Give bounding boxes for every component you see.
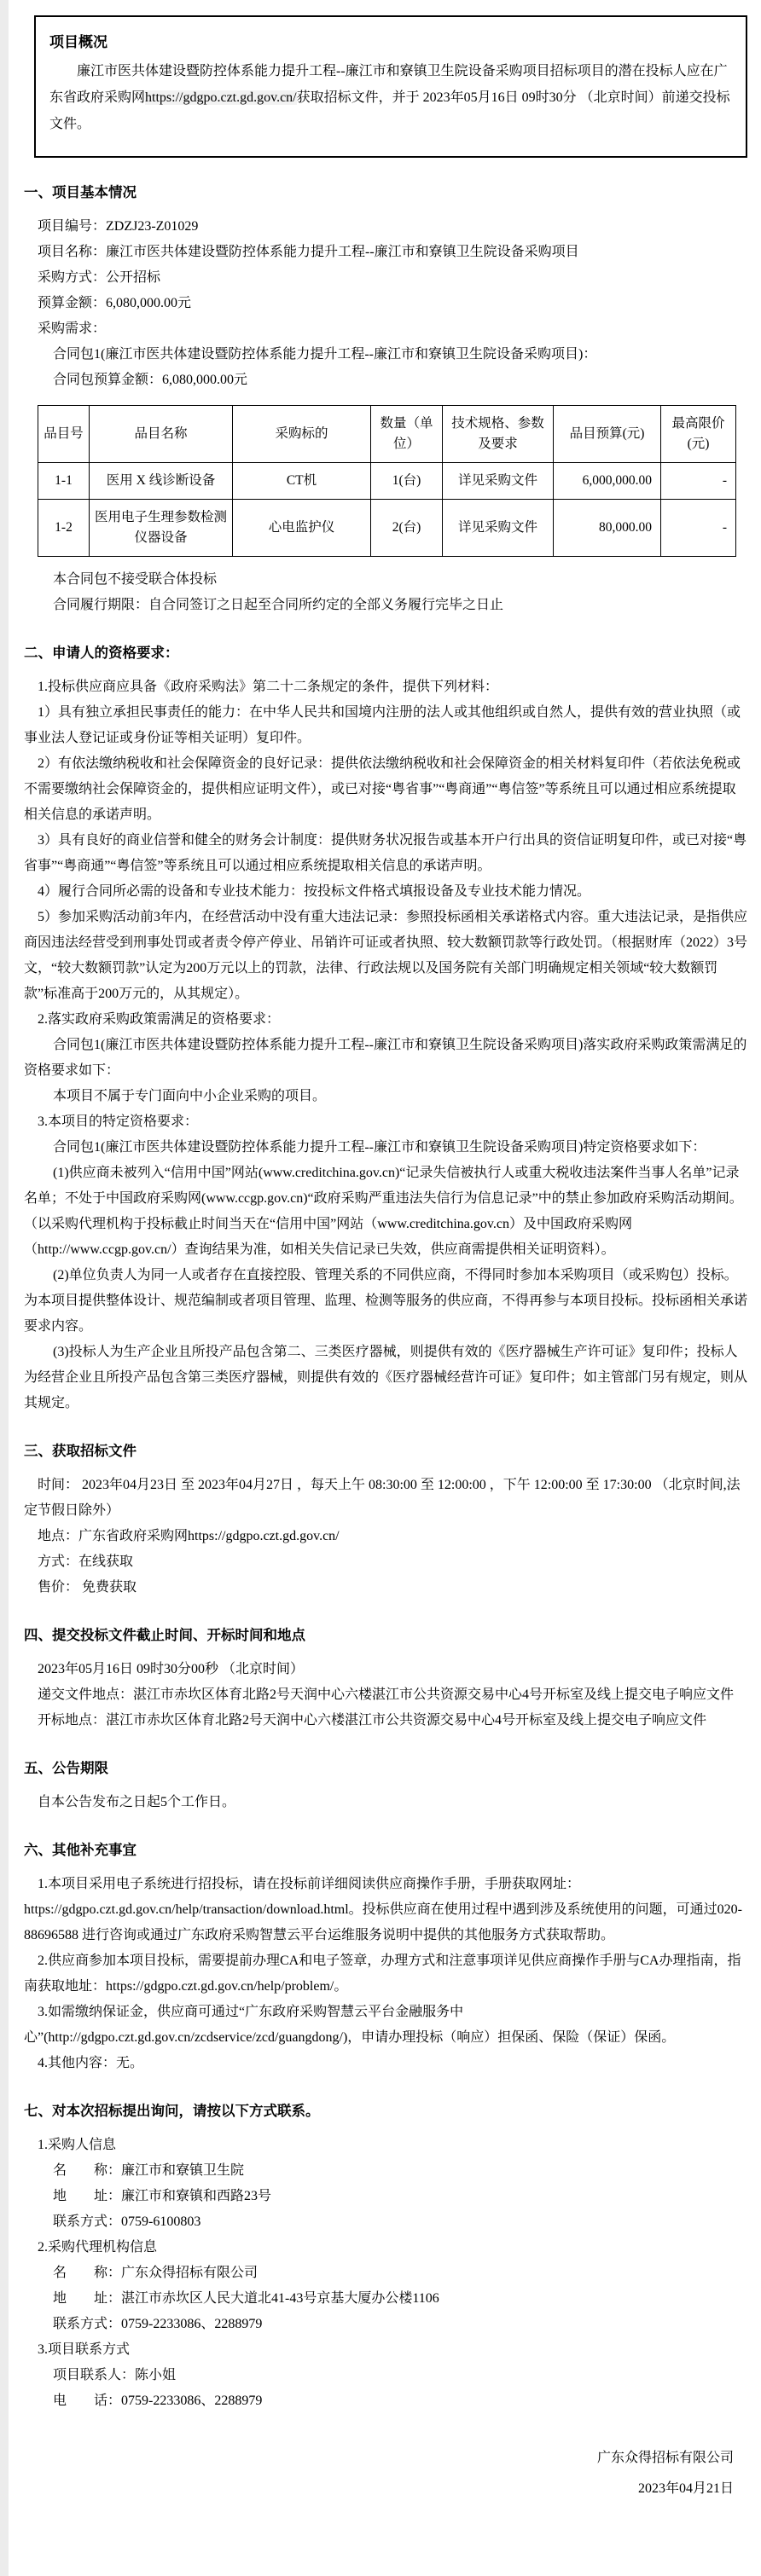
- signature-block: 广东众得招标有限公司 2023年04月21日: [24, 2443, 749, 2504]
- cell-tech-spec: 详见采购文件: [443, 463, 554, 500]
- cell-tech-spec: 详见采购文件: [443, 500, 554, 557]
- cell-price-cap: -: [661, 500, 736, 557]
- specific-requirement-title: 3.本项目的特定资格要求：: [24, 1109, 749, 1135]
- agency-name: 名 称：广东众得招标有限公司: [24, 2261, 749, 2286]
- cell-subject: 心电监护仪: [233, 500, 371, 557]
- policy-requirement-package: 合同包1(廉江市医共体建设暨防控体系能力提升工程--廉江市和寮镇卫生院设备采购项…: [24, 1033, 749, 1084]
- no-consortium-note: 本合同包不接受联合体投标: [24, 567, 749, 593]
- col-header-tech-spec: 技术规格、参数及要求: [443, 406, 554, 463]
- contract-performance-period: 合同履行期限：自合同签订之日起至合同所约定的全部义务履行完毕之日止: [24, 593, 749, 618]
- qualification-intro: 1.投标供应商应具备《政府采购法》第二十二条规定的条件，提供下列材料：: [24, 674, 749, 700]
- contract-package-title: 合同包1(廉江市医共体建设暨防控体系能力提升工程--廉江市和寮镇卫生院设备采购项…: [24, 342, 749, 368]
- agency-info-title: 2.采购代理机构信息: [24, 2235, 749, 2261]
- agency-contact: 联系方式：0759-2233086、2288979: [24, 2312, 749, 2337]
- purchaser-contact: 联系方式：0759-6100803: [24, 2209, 749, 2235]
- doc-obtain-place: 地点：广东省政府采购网https://gdgpo.czt.gd.gov.cn/: [24, 1524, 749, 1549]
- overview-title: 项目概况: [49, 27, 732, 58]
- col-header-item-no: 品目号: [38, 406, 90, 463]
- supplement-4: 4.其他内容：无。: [24, 2051, 749, 2076]
- agency-address: 地 址：湛江市赤坎区人民大道北41-43号京基大厦办公楼1106: [24, 2286, 749, 2312]
- project-overview-box: 项目概况 廉江市医共体建设暨防控体系能力提升工程--廉江市和寮镇卫生院设备采购项…: [34, 15, 747, 158]
- policy-requirement-title: 2.落实政府采购政策需满足的资格要求：: [24, 1007, 749, 1033]
- supplement-3: 3.如需缴纳保证金，供应商可通过“广东政府采购智慧云平台金融服务中心”(http…: [24, 2000, 749, 2051]
- project-number: 项目编号：ZDZJ23-Z01029: [24, 214, 749, 240]
- qualification-4: 4）履行合同所必需的设备和专业技术能力：按投标文件格式填报设备及专业技术能力情况…: [24, 879, 749, 905]
- specific-requirement-1: (1)供应商未被列入“信用中国”网站(www.creditchina.gov.c…: [24, 1161, 749, 1263]
- section7-heading: 七、对本次招标提出询问，请按以下方式联系。: [24, 2098, 749, 2124]
- contract-package-budget: 合同包预算金额：6,080,000.00元: [24, 368, 749, 393]
- project-contact-phone: 电 话：0759-2233086、2288979: [24, 2388, 749, 2414]
- project-contact-person: 项目联系人：陈小姐: [24, 2363, 749, 2388]
- col-header-quantity: 数量（单位）: [371, 406, 443, 463]
- cell-quantity: 2(台): [371, 500, 443, 557]
- announcement-content: 项目概况 廉江市医共体建设暨防控体系能力提升工程--廉江市和寮镇卫生院设备采购项…: [0, 0, 761, 2530]
- cell-item-no: 1-2: [38, 500, 90, 557]
- table-row: 1-1 医用 X 线诊断设备 CT机 1(台) 详见采购文件 6,000,000…: [38, 463, 736, 500]
- section6-heading: 六、其他补充事宜: [24, 1838, 749, 1863]
- submission-deadline: 2023年05月16日 09时30分00秒 （北京时间）: [24, 1657, 749, 1682]
- cell-item-budget: 6,000,000.00: [554, 463, 661, 500]
- specific-requirement-package: 合同包1(廉江市医共体建设暨防控体系能力提升工程--廉江市和寮镇卫生院设备采购项…: [24, 1135, 749, 1161]
- procurement-demand-label: 采购需求：: [24, 316, 749, 342]
- section2-heading: 二、申请人的资格要求：: [24, 640, 749, 666]
- section1-heading: 一、项目基本情况: [24, 180, 749, 206]
- col-header-subject: 采购标的: [233, 406, 371, 463]
- specific-requirement-3: (3)投标人为生产企业且所投产品包含第二、三类医疗器械，则提供有效的《医疗器械生…: [24, 1340, 749, 1416]
- project-name: 项目名称：廉江市医共体建设暨防控体系能力提升工程--廉江市和寮镇卫生院设备采购项…: [24, 240, 749, 265]
- overview-body: 廉江市医共体建设暨防控体系能力提升工程--廉江市和寮镇卫生院设备采购项目招标项目…: [49, 58, 732, 137]
- cell-item-budget: 80,000.00: [554, 500, 661, 557]
- section4-heading: 四、提交投标文件截止时间、开标时间和地点: [24, 1623, 749, 1648]
- col-header-item-budget: 品目预算(元): [554, 406, 661, 463]
- procurement-items-table: 品目号 品目名称 采购标的 数量（单位） 技术规格、参数及要求 品目预算(元) …: [38, 405, 736, 557]
- col-header-price-cap: 最高限价(元): [661, 406, 736, 463]
- doc-obtain-price: 售价： 免费获取: [24, 1575, 749, 1601]
- overview-url: https://gdgpo.czt.gd.gov.cn/: [145, 90, 297, 105]
- submission-place: 递交文件地点：湛江市赤坎区体育北路2号天润中心六楼湛江市公共资源交易中心4号开标…: [24, 1682, 749, 1708]
- qualification-5: 5）参加采购活动前3年内，在经营活动中没有重大违法记录：参照投标函相关承诺格式内…: [24, 905, 749, 1007]
- col-header-item-name: 品目名称: [90, 406, 233, 463]
- left-edge-strip: [0, 0, 9, 2576]
- cell-price-cap: -: [661, 463, 736, 500]
- procurement-method: 采购方式：公开招标: [24, 265, 749, 291]
- section5-heading: 五、公告期限: [24, 1756, 749, 1781]
- table-header-row: 品目号 品目名称 采购标的 数量（单位） 技术规格、参数及要求 品目预算(元) …: [38, 406, 736, 463]
- qualification-2: 2）有依法缴纳税收和社会保障资金的良好记录：提供依法缴纳税收和社会保障资金的相关…: [24, 751, 749, 828]
- supplement-1: 1.本项目采用电子系统进行招投标，请在投标前详细阅读供应商操作手册，手册获取网址…: [24, 1872, 749, 1948]
- doc-obtain-time: 时间： 2023年04月23日 至 2023年04月27日 ，每天上午 08:3…: [24, 1473, 749, 1524]
- specific-requirement-2: (2)单位负责人为同一人或者存在直接控股、管理关系的不同供应商，不得同时参加本采…: [24, 1263, 749, 1340]
- qualification-3: 3）具有良好的商业信誉和健全的财务会计制度：提供财务状况报告或基本开户行出具的资…: [24, 828, 749, 879]
- project-contact-title: 3.项目联系方式: [24, 2337, 749, 2363]
- purchaser-address: 地 址：廉江市和寮镇和西路23号: [24, 2184, 749, 2209]
- announcement-period: 自本公告发布之日起5个工作日。: [24, 1790, 749, 1815]
- tender-announcement-page: 项目概况 廉江市医共体建设暨防控体系能力提升工程--廉江市和寮镇卫生院设备采购项…: [0, 0, 761, 2576]
- cell-subject: CT机: [233, 463, 371, 500]
- doc-obtain-method: 方式：在线获取: [24, 1549, 749, 1575]
- purchaser-info-title: 1.采购人信息: [24, 2133, 749, 2158]
- cell-item-name: 医用电子生理参数检测仪器设备: [90, 500, 233, 557]
- qualification-1: 1）具有独立承担民事责任的能力：在中华人民共和国境内注册的法人或其他组织或自然人…: [24, 700, 749, 751]
- bid-opening-place: 开标地点：湛江市赤坎区体育北路2号天润中心六楼湛江市公共资源交易中心4号开标室及…: [24, 1708, 749, 1734]
- table-row: 1-2 医用电子生理参数检测仪器设备 心电监护仪 2(台) 详见采购文件 80,…: [38, 500, 736, 557]
- policy-requirement-note: 本项目不属于专门面向中小企业采购的项目。: [24, 1084, 749, 1109]
- supplement-2: 2.供应商参加本项目投标，需要提前办理CA和电子签章，办理方式和注意事项详见供应…: [24, 1948, 749, 2000]
- purchaser-name: 名 称：廉江市和寮镇卫生院: [24, 2158, 749, 2184]
- signature-company: 广东众得招标有限公司: [24, 2443, 734, 2474]
- cell-item-no: 1-1: [38, 463, 90, 500]
- signature-date: 2023年04月21日: [24, 2474, 734, 2504]
- cell-quantity: 1(台): [371, 463, 443, 500]
- cell-item-name: 医用 X 线诊断设备: [90, 463, 233, 500]
- section3-heading: 三、获取招标文件: [24, 1439, 749, 1464]
- budget-amount: 预算金额：6,080,000.00元: [24, 291, 749, 316]
